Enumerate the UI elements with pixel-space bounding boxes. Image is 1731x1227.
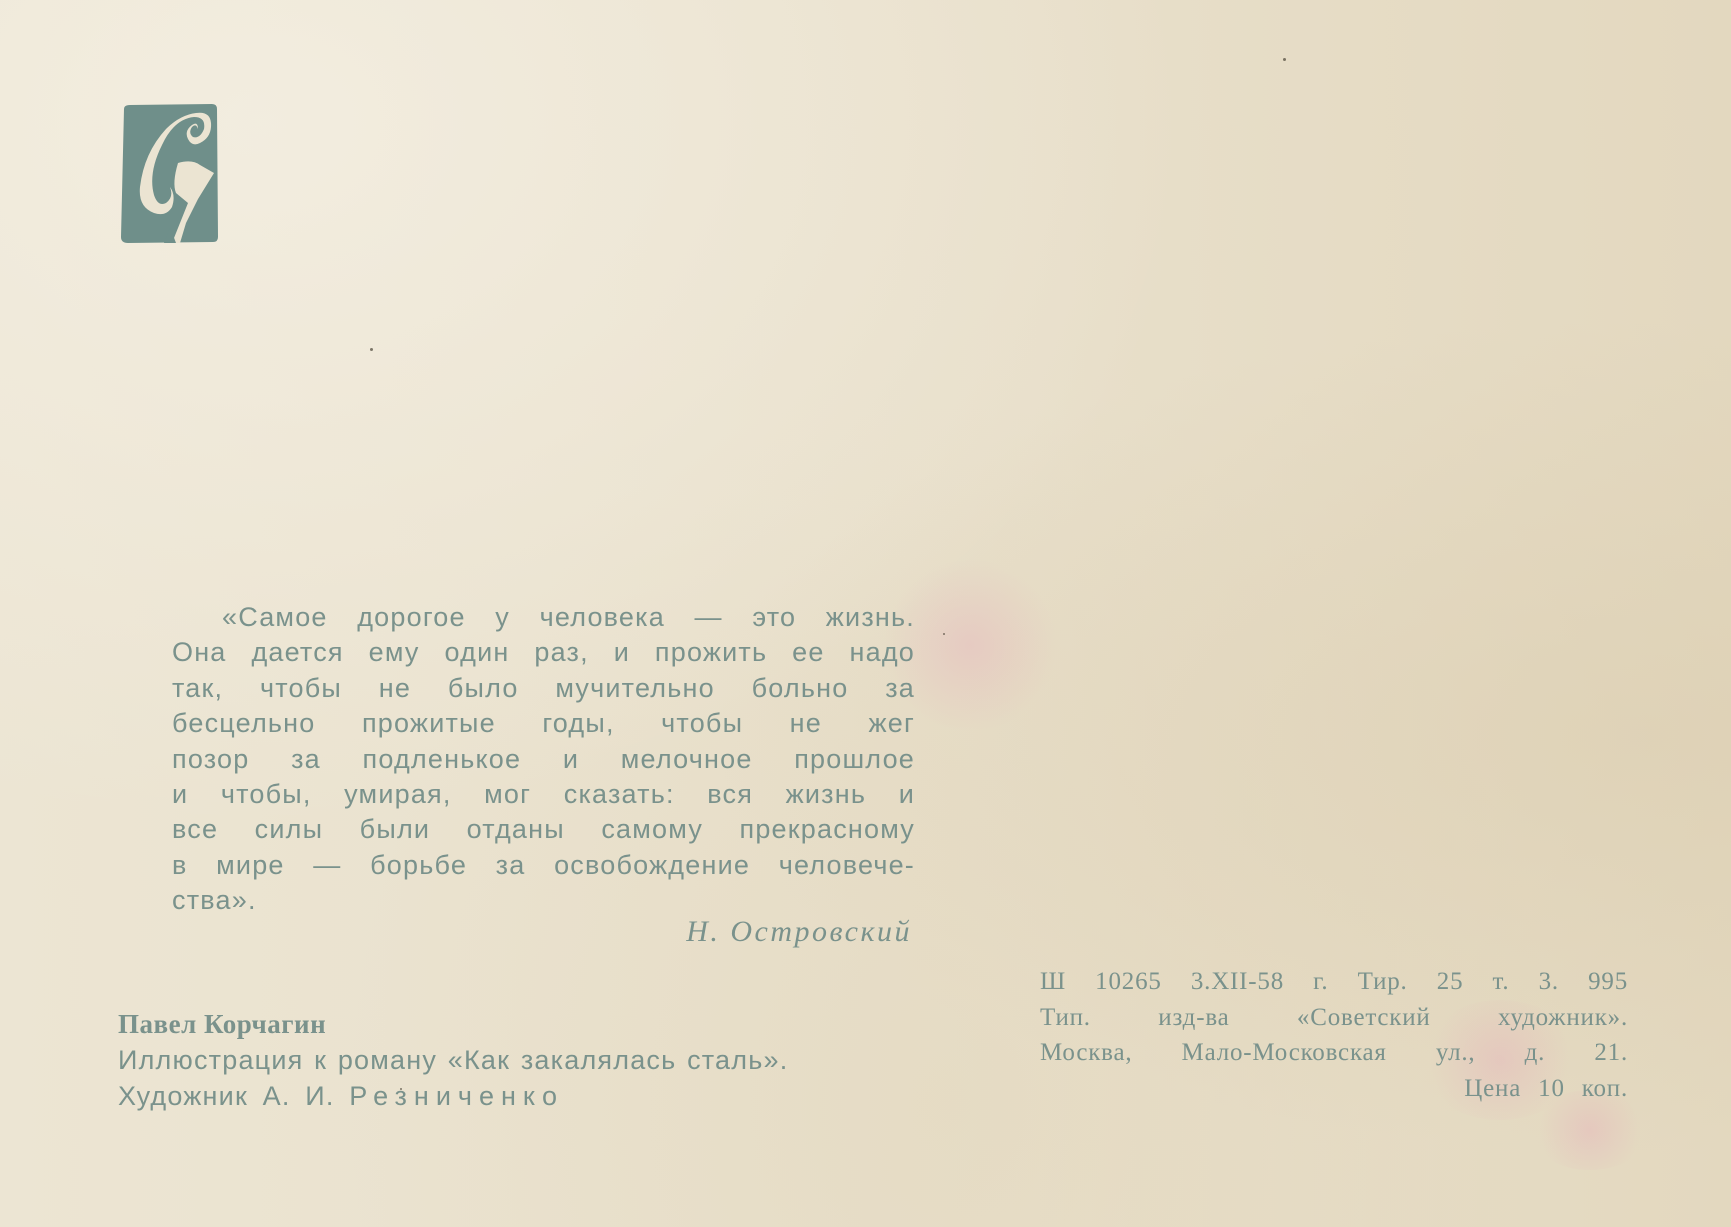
speck [1283, 58, 1286, 61]
quote-line: и чтобы, умирая, мог сказать: вся жизнь … [172, 777, 915, 812]
publisher-imprint: Ш 10265 3.XII-58 г. Тир. 25 т. 3. 995 Ти… [1040, 964, 1628, 1106]
quote-block: «Самое дорогое у человека — это жизнь. О… [172, 600, 915, 919]
quote-author: Н. Островский [600, 915, 912, 949]
sovetsky-khudozhnik-monogram-icon [118, 103, 220, 245]
quote-line: так, чтобы не было мучительно больно за [172, 671, 915, 706]
speck [943, 633, 945, 635]
quote-line: все силы были отданы самому прекрасному [172, 812, 915, 847]
quote-line: «Самое дорогое у человека — это жизнь. [172, 600, 915, 635]
imprint-codes: Ш 10265 3.XII-58 г. Тир. 25 т. 3. 995 [1040, 964, 1628, 1000]
caption-subtitle: Иллюстрация к роману «Как закалялась ста… [118, 1042, 958, 1078]
imprint-price: Цена 10 коп. [1040, 1071, 1628, 1107]
artist-initials: А. И. [263, 1081, 335, 1111]
quote-line: позор за подленькое и мелочное прошлое [172, 742, 915, 777]
quote-line: бесцельно прожитые годы, чтобы не жег [172, 706, 915, 741]
publisher-logo [118, 103, 220, 245]
quote-line: Она дается ему один раз, и прожить ее на… [172, 635, 915, 670]
artist-surname: Резниченко [349, 1081, 564, 1111]
illustration-caption: Павел Корчагин Иллюстрация к роману «Как… [118, 1006, 958, 1114]
artist-label: Художник [118, 1081, 248, 1111]
quote-line: ства». [172, 883, 915, 918]
imprint-address: Москва, Мало-Московская ул., д. 21. [1040, 1035, 1628, 1071]
speck [370, 348, 373, 351]
imprint-publisher: Тип. изд-ва «Советский художник». [1040, 1000, 1628, 1036]
quote-line: в мире — борьбе за освобождение человече… [172, 848, 915, 883]
caption-title: Павел Корчагин [118, 1006, 958, 1042]
postcard-back: «Самое дорогое у человека — это жизнь. О… [0, 0, 1731, 1227]
caption-artist: Художник А. И. Резниченко [118, 1078, 958, 1114]
